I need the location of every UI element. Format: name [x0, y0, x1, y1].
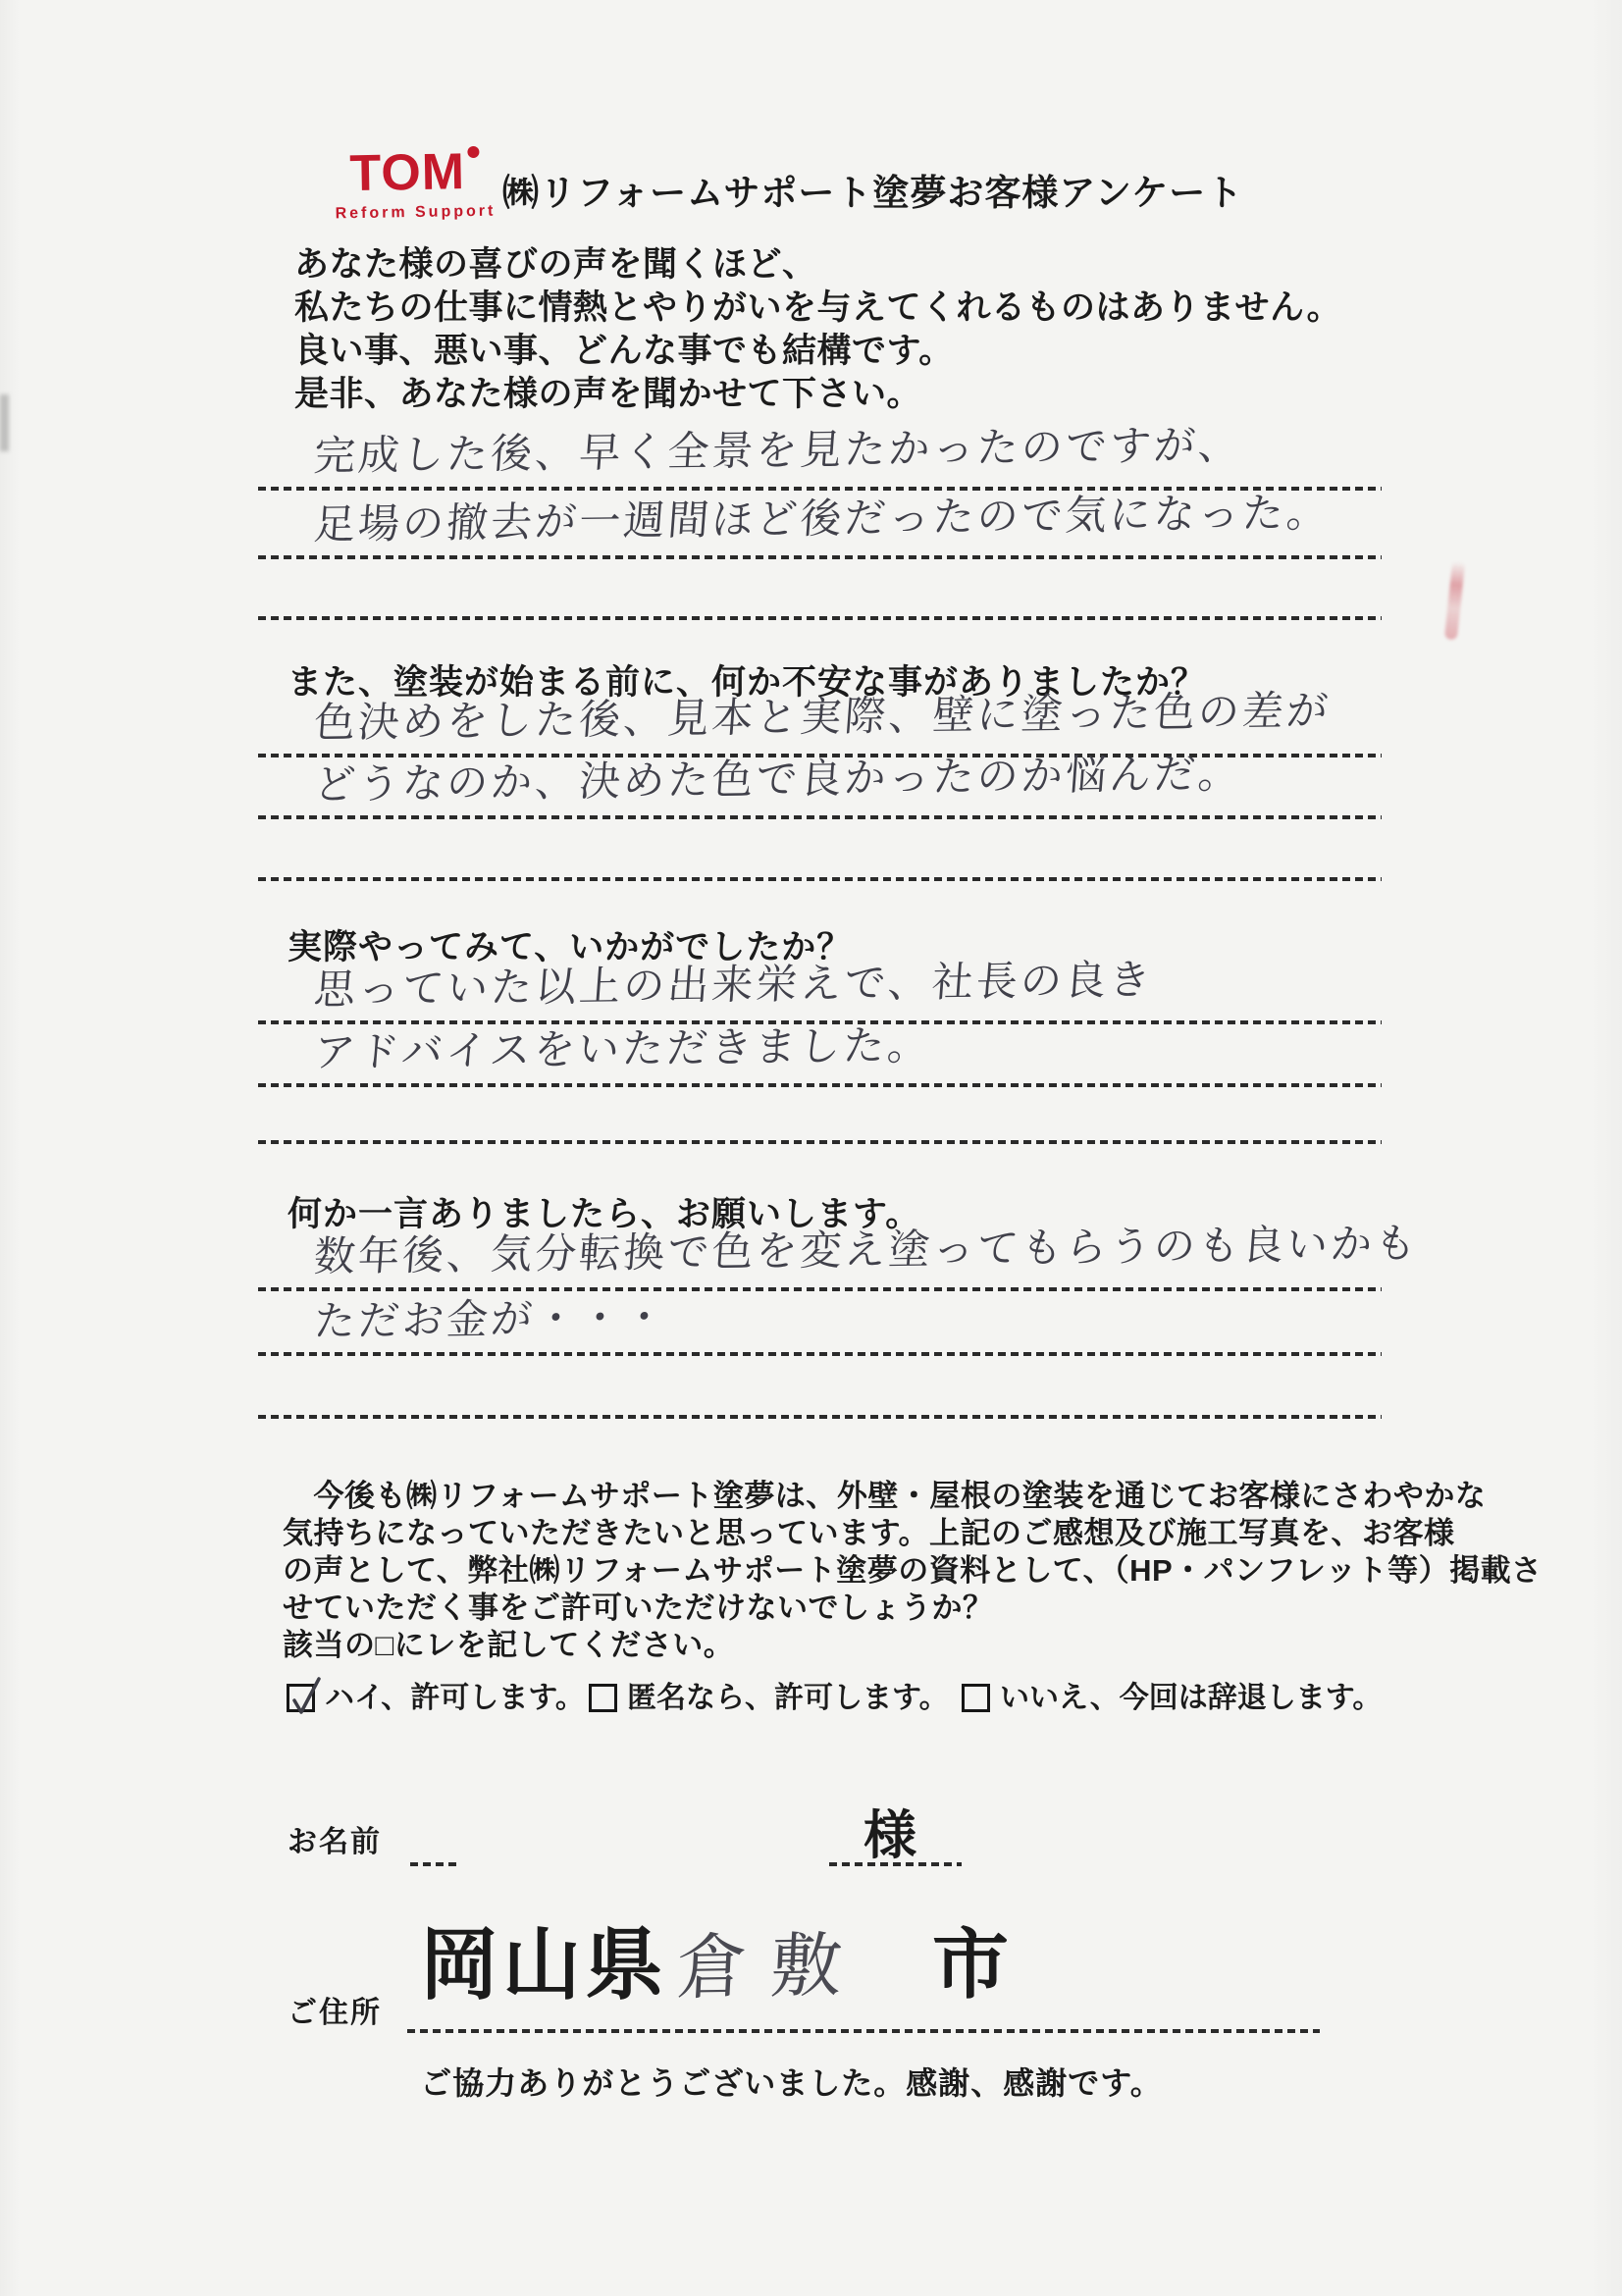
address-prefecture: 岡山県 — [420, 1902, 667, 2014]
empty-answer-line — [258, 1415, 1382, 1419]
permission-paragraph: 今後も㈱リフォームサポート塗夢は、外壁・屋根の塗装を通じてお客様にさわやかな 気… — [283, 1478, 1543, 1664]
handwritten-text: ただお金が・・・ — [312, 1285, 670, 1348]
scanned-survey-document: TOM Reform Support ㈱リフォームサポート塗夢お客様アンケート … — [0, 0, 1622, 2296]
answer-line: 完成した後、早く全景を見たかったのですが、 — [258, 424, 1382, 491]
honorific-underline — [829, 1862, 962, 1866]
handwritten-text: 数年後、気分転換で色を変え塗ってもらうのも良いかも — [312, 1211, 1422, 1283]
intro-line: 私たちの仕事に情熱とやりがいを与えてくれるものはありません。 — [294, 287, 1341, 330]
scan-edge-artifact — [0, 394, 9, 451]
answer-line: 足場の撤去が一週間ほど後だったので気になった。 — [258, 491, 1382, 559]
name-field-label: お名前 — [288, 1817, 382, 1860]
company-logo: TOM Reform Support — [311, 145, 518, 224]
logo-dot-icon — [468, 146, 480, 158]
address-field-label: ご住所 — [288, 1988, 382, 2031]
handwritten-text: 思っていた以上の出来栄えで、社長の良き — [312, 948, 1156, 1017]
empty-answer-line — [258, 1140, 1382, 1144]
handwritten-text: 色決めをした後、見本と実際、壁に塗った色の差が — [312, 678, 1334, 750]
intro-line: あなた様の喜びの声を聞くほど、 — [294, 243, 1341, 287]
permission-line: 今後も㈱リフォームサポート塗夢は、外壁・屋根の塗装を通じてお客様にさわやかな — [283, 1478, 1543, 1515]
answer-line: ただお金が・・・ — [258, 1289, 1382, 1356]
empty-answer-line — [258, 616, 1382, 620]
thank-you-note: ご協力ありがとうございました。感謝、感謝です。 — [0, 2059, 1602, 2104]
answer-line: どうなのか、決めた色で良かったのか悩んだ。 — [258, 753, 1382, 819]
red-ink-bleedthrough-mark — [1444, 561, 1465, 641]
address-city-handwritten: 倉敷 — [674, 1907, 868, 2012]
logo-wordmark: TOM — [349, 146, 465, 199]
answer-line: アドバイスをいただきました。 — [258, 1020, 1382, 1087]
consent-option-label: いいえ、今回は辞退します。 — [1000, 1682, 1382, 1714]
address-field-line — [407, 2029, 1320, 2033]
permission-line: 該当の□にレを記してください。 — [283, 1627, 1543, 1664]
checkbox-unchecked[interactable] — [589, 1684, 617, 1712]
intro-line: 是非、あなた様の声を聞かせて下さい。 — [294, 373, 1341, 416]
consent-option-yes[interactable]: ハイ、許可します。 — [287, 1673, 585, 1716]
handwritten-check-icon — [288, 1675, 327, 1722]
checkbox-unchecked[interactable] — [962, 1684, 990, 1712]
handwritten-text: どうなのか、決めた色で良かったのか悩んだ。 — [312, 741, 1244, 811]
permission-line: 気持ちになっていただきたいと思っています。上記のご感想及び施工写真を、お客様 — [283, 1515, 1543, 1552]
survey-title: ㈱リフォームサポート塗夢お客様アンケート — [502, 163, 1243, 216]
handwritten-text: 足場の撤去が一週間ほど後だったので気になった。 — [312, 480, 1334, 551]
checkbox-checked[interactable] — [287, 1684, 315, 1712]
name-field-line — [410, 1862, 459, 1866]
honorific-sama: 様 — [863, 1794, 916, 1869]
permission-line: せていただく事をご許可いただけないでしょうか？ — [283, 1590, 1543, 1627]
consent-option-anonymous[interactable]: 匿名なら、許可します。 — [589, 1673, 949, 1716]
consent-option-label: ハイ、許可します。 — [325, 1682, 585, 1714]
empty-answer-line — [258, 877, 1382, 881]
address-city-suffix: 市 — [932, 1904, 1009, 2013]
logo-subtext: Reform Support — [312, 202, 518, 224]
handwritten-text: アドバイスをいただきました。 — [312, 1013, 934, 1079]
handwritten-text: 完成した後、早く全景を見たかったのですが、 — [312, 412, 1244, 483]
consent-option-label: 匿名なら、許可します。 — [627, 1682, 949, 1714]
consent-option-decline[interactable]: いいえ、今回は辞退します。 — [962, 1673, 1382, 1716]
intro-line: 良い事、悪い事、どんな事でも結構です。 — [294, 330, 1341, 373]
intro-paragraph: あなた様の喜びの声を聞くほど、 私たちの仕事に情熱とやりがいを与えてくれるものは… — [294, 243, 1341, 416]
permission-line: の声として、弊社㈱リフォームサポート塗夢の資料として、（HP・パンフレット等）掲… — [283, 1552, 1543, 1590]
answer-line: 数年後、気分転換で色を変え塗ってもらうのも良いかも — [258, 1225, 1382, 1291]
